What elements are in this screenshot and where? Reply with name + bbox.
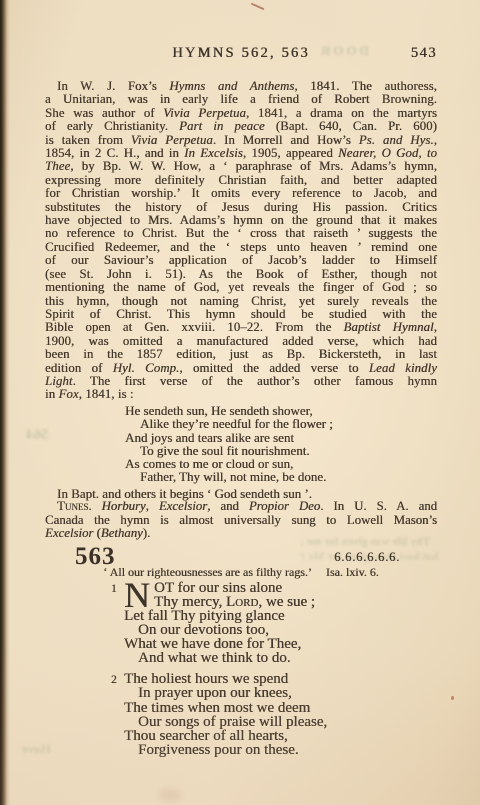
text-line: The times when most we deem (124, 701, 424, 715)
red-pencil-mark (248, 3, 265, 18)
paper-smudge (158, 788, 182, 802)
text-segment: In W. J. Fox’s (57, 79, 169, 93)
text-line: have objected to Mrs. Adams’s hymn on th… (45, 214, 437, 227)
show-through-text: Have (22, 741, 51, 757)
text-line: Canada the hymn is almost universally su… (45, 514, 437, 528)
page-gutter-shadow (0, 0, 10, 805)
text-line: edition of Hyl. Comp., omitted the added… (45, 362, 437, 375)
text-segment: Fox (58, 387, 78, 401)
hymn-563-verse-1: 1 N OT for our sins aloneThy mercy, Lord… (124, 581, 424, 665)
text-line: Thy mercy, Lord, we sue ; (124, 595, 424, 609)
text-line: And joys and tears alike are sent (125, 431, 425, 444)
text-segment: substitutes the history of Jesus during … (45, 200, 437, 214)
text-segment: Bible open at Gen. xxviii. 10–22. From t… (45, 320, 343, 334)
text-line: a Unitarian, was in early life a friend … (45, 93, 437, 106)
verse-number: 2 (111, 673, 117, 687)
text-line: And what we think to do. (124, 651, 424, 665)
text-line: Our songs of praise will please, (124, 715, 424, 729)
text-segment: . In U. S. A. and (320, 499, 437, 513)
epigraph-reference: Isa. lxiv. 6. (326, 565, 379, 580)
text-segment: Father, Thy will, not mine, be done. (140, 469, 326, 484)
text-segment: Hyl. Comp. (113, 361, 180, 375)
text-line: Tunes. Horbury, Excelsior, and Propior D… (45, 500, 437, 514)
text-segment: She was author of (45, 106, 163, 120)
text-segment: for Christian worship.’ It omits every r… (45, 186, 437, 200)
text-segment: been in the 1857 edition, just as Bp. Bi… (45, 347, 437, 361)
text-segment: of our Saviour’s application of Jacob’s … (45, 253, 437, 267)
text-segment: Canada the hymn is almost universally su… (45, 513, 437, 527)
text-segment: no reference to Christ. But the ‘ cross … (45, 226, 437, 240)
hymn-epigraph: ‘ All our righteousnesses are as filthy … (45, 565, 437, 580)
text-segment: Spirit of Christ. This hymn should be st… (45, 307, 437, 321)
tunes-note: Tunes. Horbury, Excelsior, and Propior D… (45, 500, 437, 541)
text-segment: 1854, in 2 C. H., and in (45, 146, 184, 160)
text-segment: of early Christianity. (45, 119, 179, 133)
text-segment: Forgiveness pour on these. (138, 742, 299, 758)
text-line: Crucified Redeemer, and the ‘ steps unto… (45, 241, 437, 254)
scanned-book-page: DOOR Thy life was given for me ; hat has… (0, 0, 480, 805)
text-segment: , 1841. The authoress, (294, 79, 437, 93)
text-segment: Excelsior (45, 526, 93, 540)
text-segment: In Excelsis (184, 146, 243, 160)
text-segment: Crucified Redeemer, and the ‘ steps unto… (45, 240, 437, 254)
text-segment: , (434, 320, 437, 334)
text-line: Forgiveness pour on these. (124, 743, 424, 757)
text-segment: . In Morrell and How’s (213, 133, 359, 147)
text-line: of our Saviour’s application of Jacob’s … (45, 254, 437, 267)
text-line: Excelsior (Bethany). (45, 527, 437, 541)
text-segment: ). (143, 526, 150, 540)
text-line: To give the soul fit nourishment. (125, 444, 425, 457)
text-line: is taken from Vivia Perpetua. In Morrell… (45, 134, 437, 147)
text-segment: edition of (45, 361, 113, 375)
text-line: As comes to me or cloud or sun, (125, 457, 425, 470)
text-segment: mentioning the name of God, yet reveals … (45, 280, 437, 294)
text-line: OT for our sins alone (124, 581, 424, 595)
quoted-verse: He sendeth sun, He sendeth shower,Alike … (125, 404, 425, 484)
hymn-meter: 6.6.6.6.6.6. (334, 550, 400, 565)
text-line: no reference to Christ. But the ‘ cross … (45, 227, 437, 240)
text-line: He sendeth sun, He sendeth shower, (125, 404, 425, 417)
text-line: Father, Thy will, not mine, be done. (125, 470, 425, 483)
text-line: in Fox, 1841, is : (45, 388, 437, 401)
text-line: In prayer upon our knees, (124, 686, 424, 700)
text-segment: . The first verse of the author’s other … (73, 374, 437, 388)
text-segment: Ps. and Hys. (359, 133, 434, 147)
text-line: this hymn, though not naming Christ, yet… (45, 295, 437, 308)
text-line: Alike they’re needful for the flower ; (125, 417, 425, 430)
text-segment: Thee (45, 159, 70, 173)
text-segment: Baptist Hymnal (343, 320, 433, 334)
text-segment: Tunes. (57, 499, 92, 513)
text-line: (see St. John i. 51). As the Book of Est… (45, 268, 437, 281)
text-line: Spirit of Christ. This hymn should be st… (45, 308, 437, 321)
text-line: What we have done for Thee, (124, 637, 424, 651)
text-line: 1854, in 2 C. H., and in In Excelsis, 19… (45, 147, 437, 160)
text-line: Thou searcher of all hearts, (124, 729, 424, 743)
text-segment: (see St. John i. 51). As the Book of Est… (45, 267, 437, 281)
text-line: 1900, was omitted a manufactured added v… (45, 335, 437, 348)
text-segment: , (434, 133, 437, 147)
text-line: been in the 1857 edition, just as Bp. Bi… (45, 348, 437, 361)
text-segment: Part in peace (179, 119, 265, 133)
text-segment: Hymns and Anthems (169, 79, 294, 93)
text-segment: Vivia Perpetua (163, 106, 246, 120)
hymn-563-verse-2: 2 The holiest hours we spendIn prayer up… (124, 672, 424, 758)
text-segment: , omitted the added verse to (179, 361, 369, 375)
text-line: substitutes the history of Jesus during … (45, 201, 437, 214)
text-line: Light. The first verse of the author’s o… (45, 375, 437, 388)
text-line: for Christian worship.’ It omits every r… (45, 187, 437, 200)
text-segment: Propior Deo (249, 499, 320, 513)
text-segment: , 1841, a drama on the martyrs (246, 106, 437, 120)
text-segment: , by Bp. W. W. How, a ‘ paraphrase of Mr… (70, 159, 437, 173)
text-segment: have objected to Mrs. Adams’s hymn on th… (45, 213, 437, 227)
text-segment: Horbury (102, 499, 146, 513)
text-line: expressing more definitely Christian fai… (45, 174, 437, 187)
text-segment: Nearer, O God, to (338, 146, 437, 160)
text-segment: Lead kindly (369, 361, 437, 375)
text-line: On our devotions too, (124, 623, 424, 637)
text-line: Thee, by Bp. W. W. How, a ‘ paraphrase o… (45, 160, 437, 173)
text-segment: in (45, 387, 58, 401)
text-segment: Light (45, 374, 73, 388)
page-number: 543 (411, 45, 437, 62)
red-speck (451, 696, 454, 700)
text-segment: ( (93, 526, 100, 540)
text-segment: , and (207, 499, 249, 513)
text-segment: Vivia Perpetua (131, 133, 213, 147)
text-segment: Excelsior (159, 499, 207, 513)
hymn-562-commentary: In W. J. Fox’s Hymns and Anthems, 1841. … (45, 80, 437, 402)
text-segment: , (146, 499, 159, 513)
text-segment: , 1905, appeared (243, 146, 338, 160)
text-segment: And what we think to do. (138, 650, 290, 666)
text-line: mentioning the name of God, yet reveals … (45, 281, 437, 294)
text-line: In W. J. Fox’s Hymns and Anthems, 1841. … (45, 80, 437, 93)
drop-cap: N (124, 582, 150, 609)
text-segment: is taken from (45, 133, 131, 147)
text-segment: expressing more definitely Christian fai… (45, 173, 437, 187)
page-title: HYMNS 562, 563 (45, 45, 437, 62)
text-segment (92, 499, 102, 513)
text-line: The holiest hours we spend (124, 672, 424, 686)
text-line: Let fall Thy pitying glance (124, 609, 424, 623)
text-segment: , 1841, is : (79, 387, 134, 401)
verse-number: 1 (111, 582, 117, 596)
show-through-text: 564 (26, 427, 49, 444)
text-line: of early Christianity. Part in peace (Ba… (45, 120, 437, 133)
text-line: She was author of Vivia Perpetua, 1841, … (45, 107, 437, 120)
running-header: HYMNS 562, 563 543 (45, 45, 437, 63)
text-segment: this hymn, though not naming Christ, yet… (45, 294, 437, 308)
text-segment: 1900, was omitted a manufactured added v… (45, 334, 437, 348)
text-segment: a Unitarian, was in early life a friend … (45, 92, 437, 106)
text-segment: Bethany (101, 526, 143, 540)
text-line: Bible open at Gen. xxviii. 10–22. From t… (45, 321, 437, 334)
text-segment: (Bapt. 640, Can. Pr. 600) (265, 119, 437, 133)
